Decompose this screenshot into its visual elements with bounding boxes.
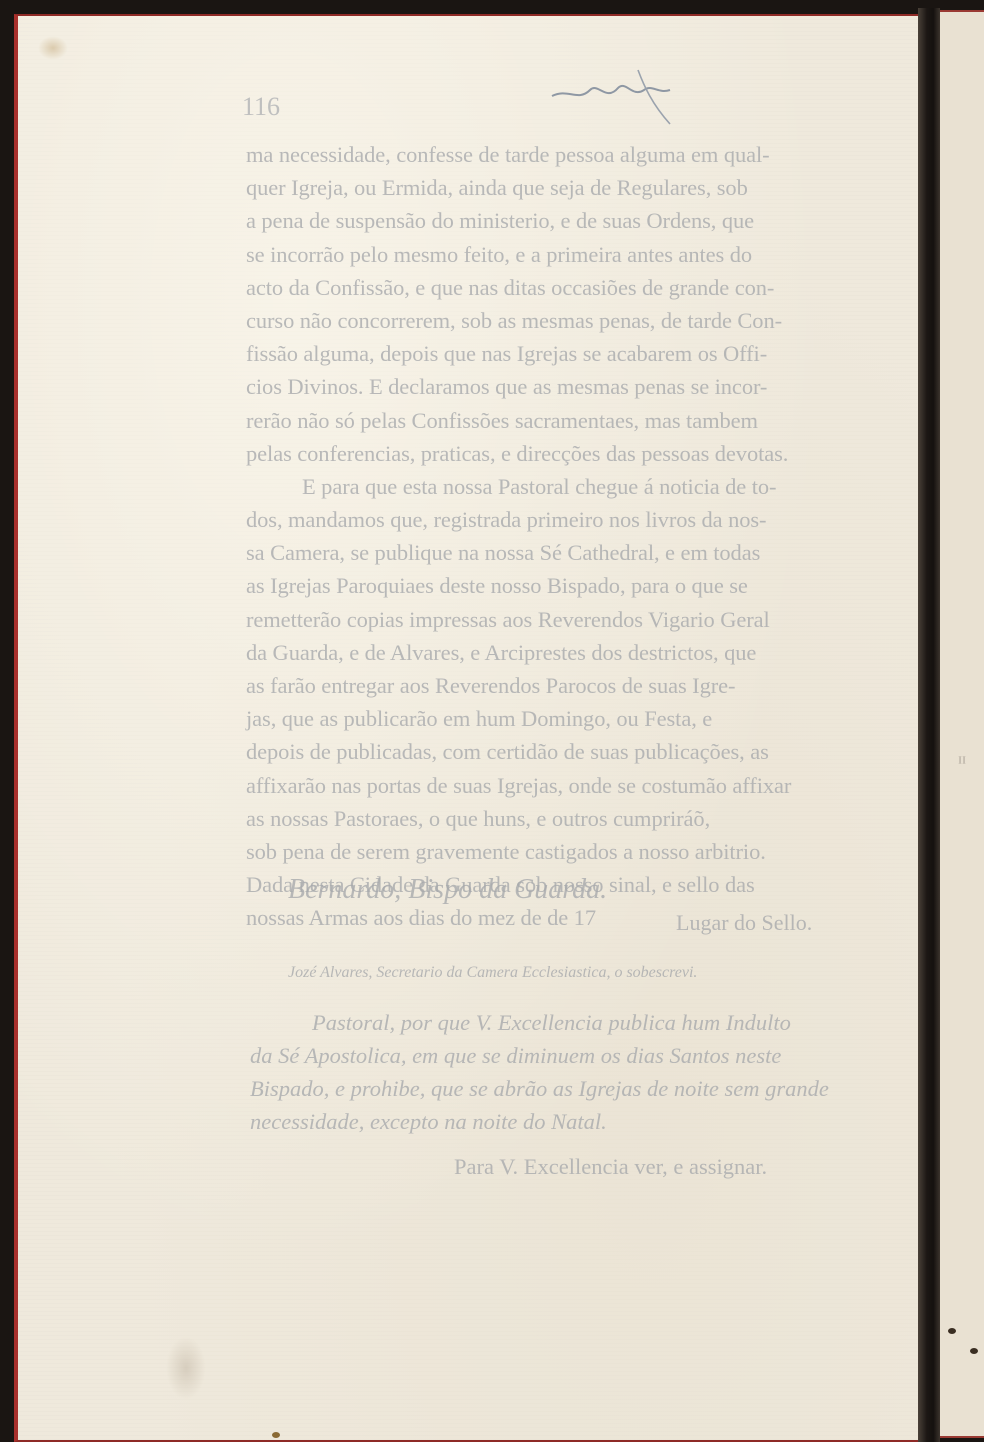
- body-line: acto da Confissão, e que nas ditas occas…: [246, 271, 791, 304]
- body-line: as nossas Pastoraes, o que huns, e outro…: [246, 802, 791, 835]
- body-line: rerão não só pelas Confissões sacramenta…: [246, 404, 791, 437]
- body-line: sa Camera, se publique na nossa Sé Cathe…: [246, 536, 791, 569]
- adjacent-page-edge: ᶦᶦ: [940, 10, 984, 1438]
- body-line: as farão entregar aos Reverendos Parocos…: [246, 669, 791, 702]
- body-line: ma necessidade, confesse de tarde pessoa…: [246, 138, 791, 171]
- body-text: ma necessidade, confesse de tarde pessoa…: [246, 138, 791, 935]
- body-line: dos, mandamos que, registrada primeiro n…: [246, 503, 791, 536]
- paper-stain: [166, 1336, 206, 1400]
- paper-speck: [948, 1328, 956, 1334]
- secretary-line: Jozé Alvares, Secretario da Camera Eccle…: [288, 964, 697, 982]
- body-line: as Igrejas Paroquiaes deste nosso Bispad…: [246, 569, 791, 602]
- page-number: 116: [242, 92, 280, 122]
- paper-speck: [970, 1348, 978, 1354]
- handwritten-mark-icon: [548, 68, 688, 128]
- book-gutter: [918, 8, 940, 1442]
- body-line: depois de publicadas, com certidão de su…: [246, 735, 791, 768]
- body-line: curso não concorrerem, sob as mesmas pen…: [246, 304, 791, 337]
- body-line: a pena de suspensão do ministerio, e de …: [246, 204, 791, 237]
- pastoral-note: Pastoral, por que V. Excellencia publica…: [250, 1006, 829, 1138]
- body-line: cios Divinos. E declaramos que as mesmas…: [246, 370, 791, 403]
- body-line: pelas conferencias, praticas, e direcçõe…: [246, 437, 791, 470]
- body-line: fissão alguma, depois que nas Igrejas se…: [246, 337, 791, 370]
- body-line: E para que esta nossa Pastoral chegue á …: [246, 470, 791, 503]
- closing-line: Para V. Excellencia ver, e assignar.: [454, 1154, 767, 1180]
- body-line: remetterão copias impressas aos Reverend…: [246, 603, 791, 636]
- body-line: affixarão nas portas de suas Igrejas, on…: [246, 769, 791, 802]
- body-line: sob pena de serem gravemente castigados …: [246, 835, 791, 868]
- adjacent-page-mark: ᶦᶦ: [958, 750, 966, 777]
- body-line: quer Igreja, ou Ermida, ainda que seja d…: [246, 171, 791, 204]
- paper-speck: [272, 1432, 280, 1438]
- body-line: da Guarda, e de Alvares, e Arciprestes d…: [246, 636, 791, 669]
- note-line: da Sé Apostolica, em que se diminuem os …: [250, 1039, 829, 1072]
- bishop-signature: Bernardo, Bispo da Guarda.: [288, 874, 607, 906]
- body-line: se incorrão pelo mesmo feito, e a primei…: [246, 238, 791, 271]
- body-line: jas, que as publicarão em hum Domingo, o…: [246, 702, 791, 735]
- note-line: Bispado, e prohibe, que se abrão as Igre…: [250, 1072, 829, 1105]
- corner-stain: [38, 36, 68, 60]
- note-line: necessidade, excepto na noite do Natal.: [250, 1105, 829, 1138]
- document-page: 116 ma necessidade, confesse de tarde pe…: [14, 14, 924, 1442]
- note-line: Pastoral, por que V. Excellencia publica…: [250, 1006, 829, 1039]
- seal-place: Lugar do Sello.: [676, 910, 812, 936]
